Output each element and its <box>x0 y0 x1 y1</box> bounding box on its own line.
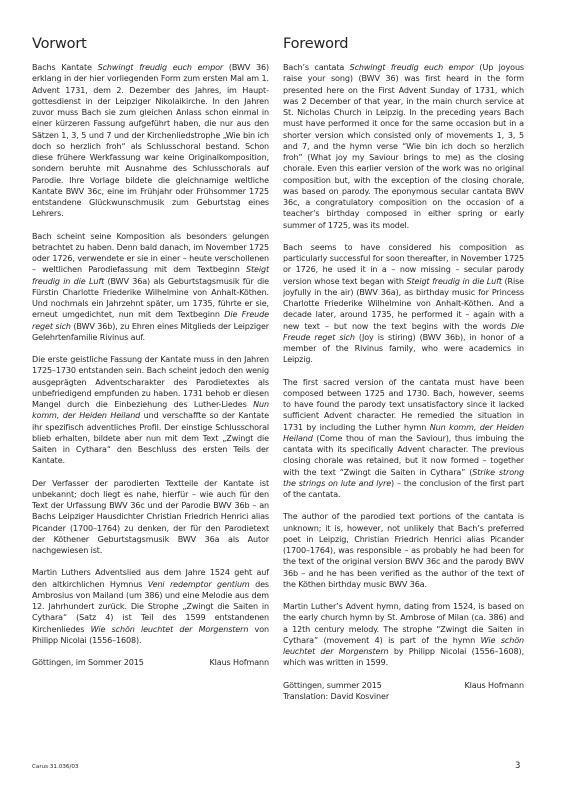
italic-title: Schwingt freudig euch empor <box>350 63 474 72</box>
paragraph: The first sacred version of the cantata … <box>283 377 524 501</box>
paragraph: Bach seems to have considered his compos… <box>283 242 524 366</box>
german-heading: Vorwort <box>32 36 269 52</box>
text-run: Bach’s cantata <box>283 63 350 72</box>
italic-title: Veni redemptor gentium <box>148 580 250 589</box>
translator-credit: Translation: David Kosviner <box>283 691 524 702</box>
page-number: 3 <box>515 761 520 771</box>
paragraph: Der Verfasser der parodierten Textteile … <box>32 478 269 557</box>
german-author: Klaus Hofmann <box>209 657 269 668</box>
text-run: Bachs Kantate <box>32 63 98 72</box>
text-run: Bach scheint seine Komposition als beson… <box>32 232 269 275</box>
italic-title: Wie schön leuchtet der Morgenstern <box>91 625 249 634</box>
english-heading: Foreword <box>283 36 524 52</box>
english-place-date: Göttingen, summer 2015 <box>283 680 382 691</box>
paragraph: Martin Luther’s Advent hymn, dating from… <box>283 601 524 669</box>
paragraph: Bachs Kantate Schwingt freudig euch empo… <box>32 62 269 220</box>
english-body: Bach’s cantata Schwingt freudig euch emp… <box>283 62 524 669</box>
text-run: Die erste geistliche Fassung der Kantate… <box>32 355 269 409</box>
paragraph: Bach’s cantata Schwingt freudig euch emp… <box>283 62 524 231</box>
english-signature: Göttingen, summer 2015 Klaus Hofmann <box>283 680 524 691</box>
text-run: The author of the parodied text portions… <box>283 512 524 589</box>
text-run: (Up joyous raise your song) (BWV 36) was… <box>283 63 524 230</box>
english-author: Klaus Hofmann <box>464 680 524 691</box>
german-signature: Göttingen, im Sommer 2015 Klaus Hofmann <box>32 657 269 668</box>
text-run: Der Verfasser der parodierten Textteile … <box>32 479 269 556</box>
german-place-date: Göttingen, im Sommer 2015 <box>32 657 144 668</box>
italic-title: Steigt freudig in die Luft <box>406 277 501 286</box>
german-column: Vorwort Bachs Kantate Schwingt freudig e… <box>32 36 269 668</box>
catalog-number: Carus 31.036/03 <box>32 764 78 770</box>
italic-title: Schwingt freudig euch empor <box>98 63 224 72</box>
paragraph: Martin Luthers Adventslied aus dem Jahre… <box>32 567 269 646</box>
german-body: Bachs Kantate Schwingt freudig euch empo… <box>32 62 269 646</box>
paragraph: The author of the parodied text portions… <box>283 511 524 590</box>
paragraph: Bach scheint seine Komposition als beson… <box>32 231 269 344</box>
english-column: Foreword Bach’s cantata Schwingt freudig… <box>283 36 524 702</box>
text-run: (BWV 36) erklang in der hier vorliegende… <box>32 63 269 218</box>
paragraph: Die erste geistliche Fassung der Kantate… <box>32 354 269 467</box>
